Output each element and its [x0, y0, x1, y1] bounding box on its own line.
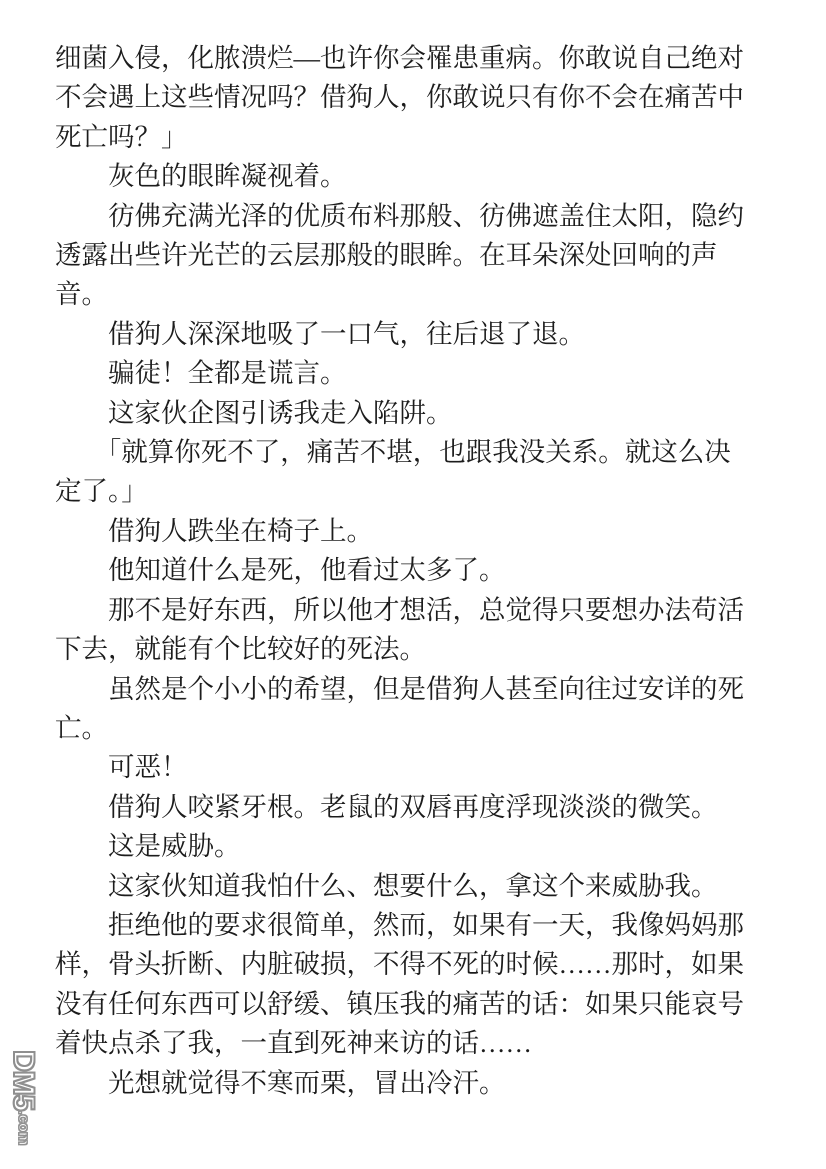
text-line: 透露出些许光芒的云层那般的眼眸。在耳朵深处回响的声 — [55, 236, 765, 275]
text-line: 细菌入侵，化脓溃烂—也许你会罹患重病。你敢说自己绝对 — [55, 39, 765, 78]
text-line: 样，骨头折断、内脏破损，不得不死的时候……那时，如果 — [55, 945, 765, 984]
text-line: 这家伙企图引诱我走入陷阱。 — [55, 394, 765, 433]
text-line: 那不是好东西，所以他才想活，总觉得只要想办法苟活 — [55, 591, 765, 630]
text-line: 可恶！ — [55, 748, 765, 787]
text-line: 灰色的眼眸凝视着。 — [55, 157, 765, 196]
text-line: 着快点杀了我，一直到死神来访的话…… — [55, 1024, 765, 1063]
text-line: 亡。 — [55, 709, 765, 748]
text-line: 他知道什么是死，他看过太多了。 — [55, 551, 765, 590]
dm5-watermark-name: DM5 — [7, 1050, 40, 1110]
text-line: 这家伙知道我怕什么、想要什么，拿这个来威胁我。 — [55, 867, 765, 906]
text-line: 下去，就能有个比较好的死法。 — [55, 630, 765, 669]
text-line: 虽然是个小小的希望，但是借狗人甚至向往过安详的死 — [55, 670, 765, 709]
text-line: 借狗人深深地吸了一口气，往后退了退。 — [55, 315, 765, 354]
text-line: 拒绝他的要求很简单，然而，如果有一天，我像妈妈那 — [55, 906, 765, 945]
novel-page: 细菌入侵，化脓溃烂—也许你会罹患重病。你敢说自己绝对 不会遇上这些情况吗？借狗人… — [0, 0, 826, 1169]
dm5-watermark-suffix: .com — [15, 1110, 32, 1145]
dm5-watermark-logo: DM5.com — [6, 1050, 40, 1145]
text-line: 音。 — [55, 275, 765, 314]
text-line: 不会遇上这些情况吗？借狗人，你敢说只有你不会在痛苦中 — [55, 78, 765, 117]
text-line: 定了。」 — [55, 472, 765, 511]
text-line: 这是威胁。 — [55, 827, 765, 866]
text-line: 没有任何东西可以舒缓、镇压我的痛苦的话：如果只能哀号 — [55, 985, 765, 1024]
novel-text-block: 细菌入侵，化脓溃烂—也许你会罹患重病。你敢说自己绝对 不会遇上这些情况吗？借狗人… — [55, 39, 765, 1103]
text-line: 彷佛充满光泽的优质布料那般、彷佛遮盖住太阳，隐约 — [55, 197, 765, 236]
text-line: 借狗人咬紧牙根。老鼠的双唇再度浮现淡淡的微笑。 — [55, 788, 765, 827]
text-line: 死亡吗？」 — [55, 118, 765, 157]
text-line: 光想就觉得不寒而栗，冒出冷汗。 — [55, 1064, 765, 1103]
text-line: 「就算你死不了，痛苦不堪，也跟我没关系。就这么决 — [55, 433, 765, 472]
text-line: 骗徒！全都是谎言。 — [55, 354, 765, 393]
text-line: 借狗人跌坐在椅子上。 — [55, 512, 765, 551]
